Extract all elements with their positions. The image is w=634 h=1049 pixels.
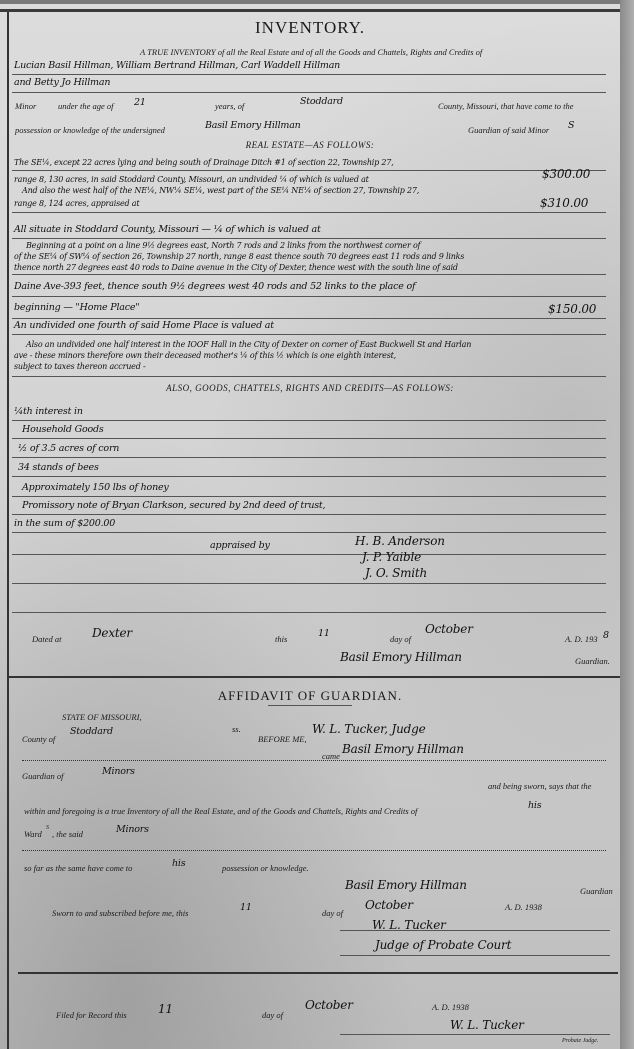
county-value: Stoddard <box>300 96 343 107</box>
age-value: 21 <box>134 97 146 108</box>
probate-judge-label: Probate Judge. <box>562 1038 598 1044</box>
so-far-label: so far as the same have come to <box>24 863 132 873</box>
rule <box>12 612 606 613</box>
real-estate-line: thence north 27 degrees east 40 rods to … <box>14 263 458 272</box>
rule <box>12 318 606 319</box>
rule <box>12 496 606 497</box>
real-estate-line: An undivided one fourth of said Home Pla… <box>14 320 274 331</box>
ad-label: A. D. 193 <box>565 634 598 644</box>
inventory-title: INVENTORY. <box>0 18 620 38</box>
years-of-label: years, of <box>215 101 244 111</box>
rule <box>340 955 610 956</box>
rule <box>12 238 606 239</box>
sworn-label: Sworn to and subscribed before me, this <box>52 908 188 918</box>
dated-label: Dated at <box>32 634 62 644</box>
sworn-day-of-label: day of <box>322 908 343 918</box>
rule <box>12 92 606 93</box>
appraiser-2: J. P. Yaible <box>362 550 421 564</box>
sworn-ad: A. D. 1938 <box>505 902 542 912</box>
document-page: INVENTORY. A TRUE INVENTORY of all the R… <box>0 0 634 1049</box>
intro-printed: A TRUE INVENTORY of all the Real Estate … <box>140 47 482 57</box>
judge-value: W. L. Tucker, Judge <box>312 722 426 736</box>
minors-names-line2: and Betty Jo Hillman <box>14 77 110 88</box>
filed-ad: A. D. 1938 <box>432 1002 469 1012</box>
said-label: , the said <box>52 829 83 839</box>
ward-label: Ward <box>24 829 42 839</box>
ss-label: ss. <box>232 724 241 734</box>
year-suffix: 8 <box>603 630 609 641</box>
came-value: Basil Emory Hillman <box>342 742 464 756</box>
goods-item: Household Goods <box>22 424 104 435</box>
rule <box>12 274 606 275</box>
goods-item: Promissory note of Bryan Clarkson, secur… <box>22 500 325 511</box>
guardian-sig-label: Guardian. <box>575 656 610 666</box>
sworn-says-label: and being sworn, says that the <box>488 781 591 791</box>
section-divider <box>8 676 620 678</box>
within-label: within and foregoing is a true Inventory… <box>24 806 417 816</box>
guardian-label: Guardian of said Minor <box>468 125 549 135</box>
appraiser-1: H. B. Anderson <box>355 534 445 548</box>
dated-place: Dexter <box>92 626 132 640</box>
inventory-signature: Basil Emory Hillman <box>340 650 462 664</box>
rule <box>12 74 606 75</box>
goods-item: 34 stands of bees <box>18 462 99 473</box>
guardian-name: Basil Emory Hillman <box>205 120 301 131</box>
rule <box>12 532 606 533</box>
value-150: $150.00 <box>548 302 596 316</box>
ward-suffix: S <box>46 825 49 831</box>
guardian-of-value: Minors <box>102 766 135 777</box>
rule <box>12 420 606 421</box>
top-border-rule <box>0 9 620 12</box>
rule <box>340 930 610 931</box>
real-estate-line: Also an undivided one half interest in t… <box>26 340 471 349</box>
real-estate-line: And also the west half of the NE¼, NW¼ S… <box>22 186 419 195</box>
filed-day: 11 <box>158 1002 173 1016</box>
county-label: County, Missouri, that have come to the <box>438 101 574 111</box>
title-underline <box>268 705 352 706</box>
county-of-label: County of <box>22 734 55 744</box>
goods-heading: ALSO, GOODS, CHATTELS, RIGHTS AND CREDIT… <box>0 383 620 393</box>
value-300: $300.00 <box>542 167 590 181</box>
rule <box>12 476 606 477</box>
rule <box>12 457 606 458</box>
rule <box>12 514 606 515</box>
rule <box>12 583 606 584</box>
fill-line <box>22 850 606 851</box>
filed-label: Filed for Record this <box>56 1010 127 1020</box>
sworn-day: 11 <box>240 902 252 913</box>
so-far-value: his <box>172 858 185 869</box>
real-estate-line: All situate in Stoddard County, Missouri… <box>14 224 321 235</box>
affidavit-title: AFFIDAVIT OF GUARDIAN. <box>0 688 620 704</box>
scan-top-band <box>0 0 634 4</box>
goods-item: ½ of 3.5 acres of corn <box>18 443 119 454</box>
real-estate-line: Beginning at a point on a line 9½ degree… <box>26 241 420 250</box>
sworn-month: October <box>365 898 413 912</box>
real-estate-line: of the SE¼ of SW¼ of section 26, Townshi… <box>14 252 464 261</box>
affidavit-possession-label: possession or knowledge. <box>222 863 309 873</box>
guardian-suffix: S <box>568 120 574 131</box>
affidavit-guardian-label: Guardian <box>580 886 613 896</box>
month-value: October <box>425 622 473 636</box>
rule <box>12 554 606 555</box>
rule <box>12 334 606 335</box>
appraised-by-label: appraised by <box>210 540 270 551</box>
his-value: his <box>528 800 541 811</box>
section-divider <box>18 972 618 974</box>
said-value: Minors <box>116 824 149 835</box>
possession-label: possession or knowledge of the undersign… <box>15 125 165 135</box>
goods-item: Approximately 150 lbs of honey <box>22 482 169 493</box>
value-310: $310.00 <box>540 196 588 210</box>
rule <box>12 376 606 377</box>
rule <box>12 296 606 297</box>
age-label: under the age of <box>58 101 113 111</box>
real-estate-line: subject to taxes thereon accrued - <box>14 362 145 371</box>
real-estate-line: Daine Ave-393 feet, thence south 9½ degr… <box>14 281 415 292</box>
appraiser-3: J. O. Smith <box>365 566 427 580</box>
real-estate-line: beginning — "Home Place" <box>14 302 139 313</box>
day-of-label: day of <box>390 634 411 644</box>
left-margin-rule <box>7 12 9 1049</box>
guardian-of-label: Guardian of <box>22 771 63 781</box>
rule <box>12 212 606 213</box>
day-value: 11 <box>318 628 330 639</box>
goods-item: in the sum of $200.00 <box>14 518 115 529</box>
fill-line <box>22 760 606 761</box>
scan-right-edge <box>620 0 634 1049</box>
filed-month: October <box>305 998 353 1012</box>
real-estate-line: ave - these minors therefore own their d… <box>14 351 396 360</box>
affidavit-signature: Basil Emory Hillman <box>345 878 467 892</box>
rule <box>340 1034 610 1035</box>
rule <box>12 170 606 171</box>
state-label: STATE OF MISSOURI, <box>62 712 142 722</box>
real-estate-line: range 8, 130 acres, in said Stoddard Cou… <box>14 175 369 184</box>
minor-label: Minor <box>15 101 36 111</box>
rule <box>12 438 606 439</box>
real-estate-line: The SE¼, except 22 acres lying and being… <box>14 158 394 167</box>
minors-names-line1: Lucian Basil Hillman, William Bertrand H… <box>14 60 340 71</box>
goods-item: ¼th interest in <box>14 406 83 417</box>
judge-title: Judge of Probate Court <box>375 938 511 952</box>
filed-day-of-label: day of <box>262 1010 283 1020</box>
before-me-label: BEFORE ME, <box>258 734 307 744</box>
real-estate-line: range 8, 124 acres, appraised at <box>14 199 139 208</box>
real-estate-heading: REAL ESTATE—AS FOLLOWS: <box>0 140 620 150</box>
affidavit-county: Stoddard <box>70 726 113 737</box>
this-label: this <box>275 634 287 644</box>
filed-signature: W. L. Tucker <box>450 1018 524 1032</box>
